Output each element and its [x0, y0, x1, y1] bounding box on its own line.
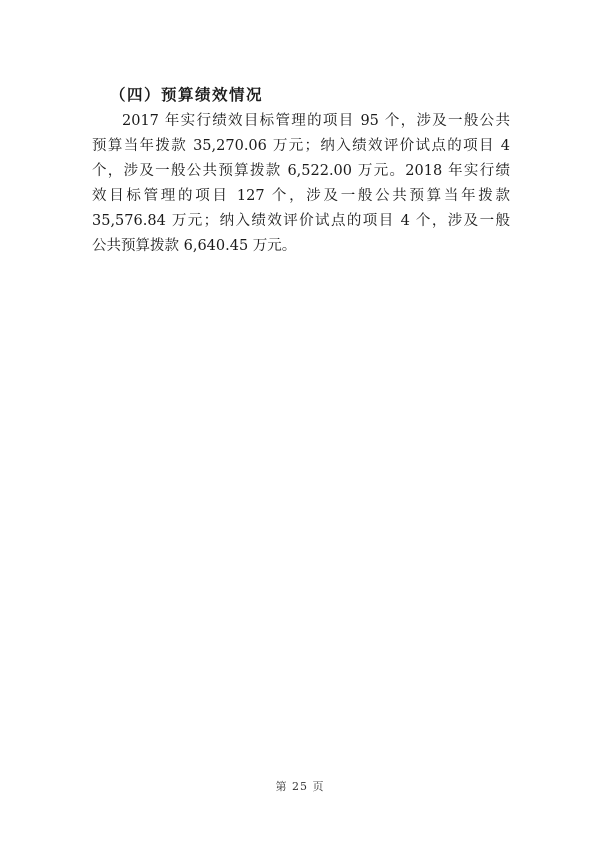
page-number: 第 25 页 [0, 778, 600, 794]
paragraph-line: 2017 年实行绩效目标管理的项目 95 个，涉及一般公共 [92, 109, 510, 134]
section-heading: （四）预算绩效情况 [110, 84, 510, 106]
document-page: （四）预算绩效情况 2017 年实行绩效目标管理的项目 95 个，涉及一般公共 … [0, 0, 600, 848]
paragraph-line: 预算当年拨款 35,270.06 万元；纳入绩效评价试点的项目 4 [92, 134, 510, 159]
paragraph-line: 公共预算拨款 6,640.45 万元。 [92, 234, 510, 259]
paragraph-line: 个，涉及一般公共预算拨款 6,522.00 万元。2018 年实行绩 [92, 159, 510, 184]
paragraph-line: 效目标管理的项目 127 个，涉及一般公共预算当年拨款 [92, 184, 510, 209]
paragraph-line: 35,576.84 万元；纳入绩效评价试点的项目 4 个，涉及一般 [92, 209, 510, 234]
section-paragraph: 2017 年实行绩效目标管理的项目 95 个，涉及一般公共 预算当年拨款 35,… [92, 109, 510, 259]
